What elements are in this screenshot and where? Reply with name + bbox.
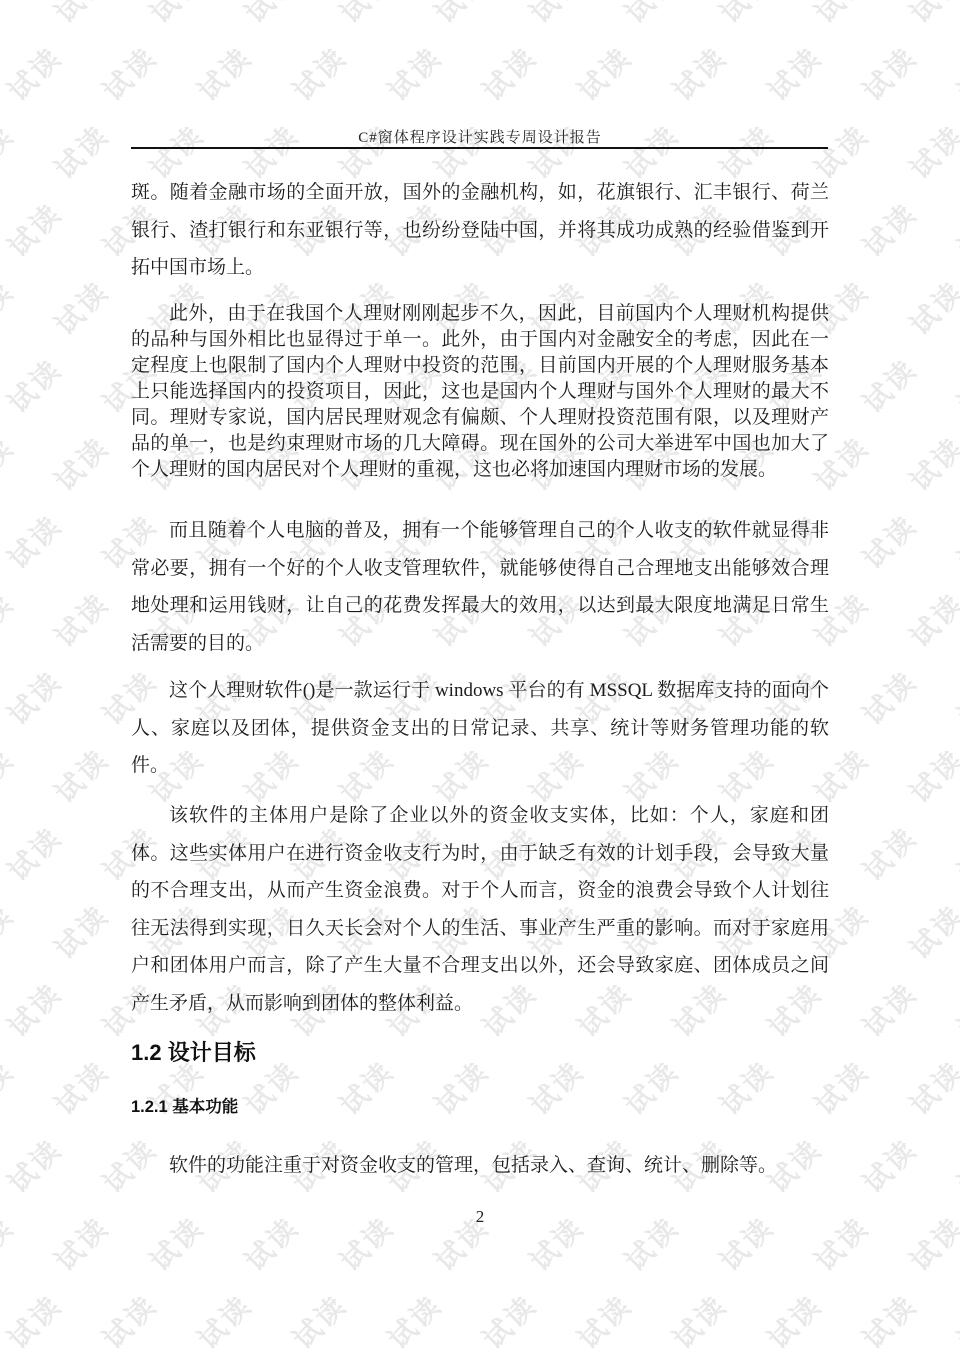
running-header-title: C#窗体程序设计实践专周设计报告 bbox=[131, 126, 829, 147]
paragraph: 而且随着个人电脑的普及，拥有一个能够管理自己的个人收支的软件就显得非常必要，拥有… bbox=[131, 512, 829, 662]
paragraph: 该软件的主体用户是除了企业以外的资金收支实体，比如：个人，家庭和团体。这些实体用… bbox=[131, 797, 829, 1022]
paragraph-continuation: 斑。随着金融市场的全面开放，国外的金融机构，如，花旗银行、汇丰银行、荷兰银行、渣… bbox=[131, 174, 829, 287]
header-rule bbox=[131, 147, 828, 149]
document-page: 试读试读试读试读试读试读试读试读试读试读试读试读试读试读试读试读试读试读试读试读… bbox=[0, 0, 960, 1357]
paragraph: 此外，由于在我国个人理财刚刚起步不久，因此，目前国内个人理财机构提供的品种与国外… bbox=[131, 301, 829, 483]
subsection-heading: 1.2.1 基本功能 bbox=[131, 1093, 829, 1117]
section-heading: 1.2 设计目标 bbox=[131, 1036, 829, 1067]
page-number: 2 bbox=[0, 1207, 960, 1227]
paragraph: 软件的功能注重于对资金收支的管理，包括录入、查询、统计、删除等。 bbox=[131, 1147, 829, 1185]
paragraph: 这个人理财软件()是一款运行于 windows 平台的有 MSSQL 数据库支持… bbox=[131, 672, 829, 785]
page-content: C#窗体程序设计实践专周设计报告 斑。随着金融市场的全面开放，国外的金融机构，如… bbox=[0, 0, 960, 1357]
